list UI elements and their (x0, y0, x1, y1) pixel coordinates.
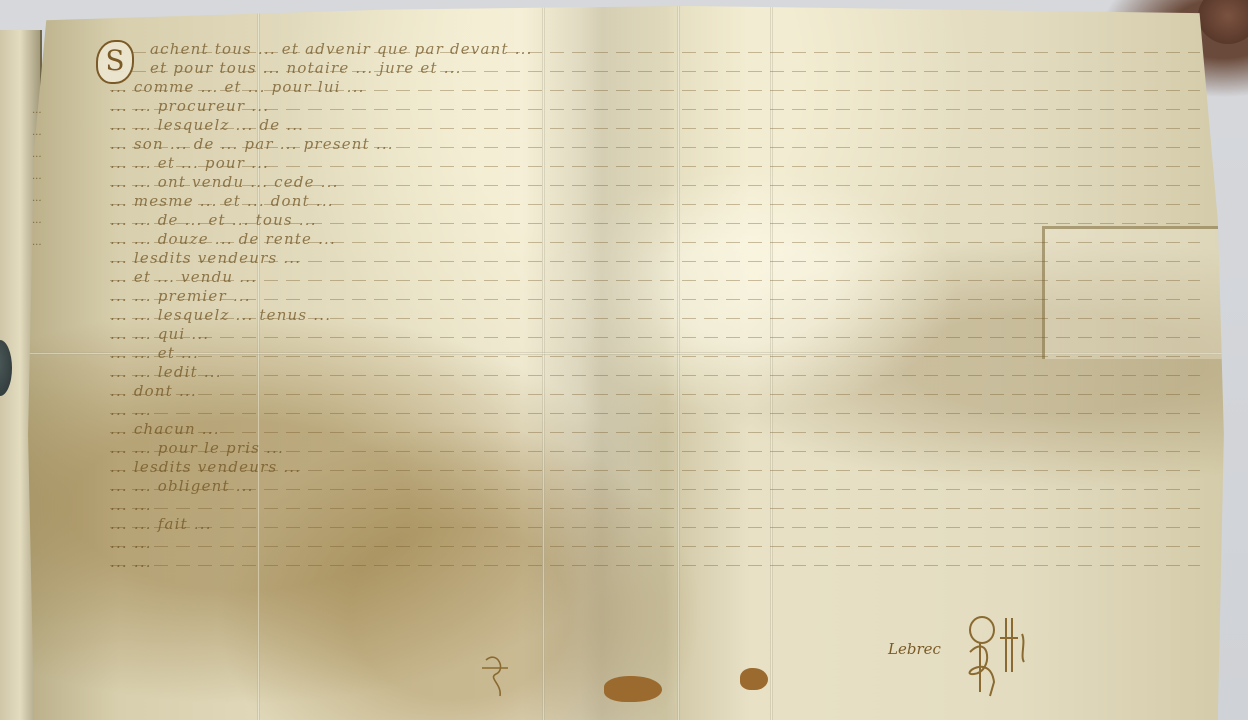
text-line: ... et ... vendu ... (110, 268, 1200, 287)
signature-name: Lebrec (888, 640, 941, 658)
text-line: et pour tous ... notaire ... jure et ... (110, 59, 1200, 78)
decorated-initial: S (96, 40, 134, 84)
text-line: ... ... (110, 401, 1200, 420)
text-line: achent tous ... et advenir que par devan… (110, 40, 1200, 59)
manuscript-text-block: achent tous ... et advenir que par devan… (110, 40, 1200, 640)
text-line: ... ... procureur ... (110, 97, 1200, 116)
text-line: ... ... obligent ... (110, 477, 1200, 496)
margin-note: ... (32, 144, 102, 166)
text-line: ... ... qui ... (110, 325, 1200, 344)
margin-notes: ... ... ... ... ... ... ... (32, 100, 102, 254)
notary-paraph-icon (960, 612, 1030, 702)
text-line: ... mesme ... et ... dont ... (110, 192, 1200, 211)
text-line: ... ... lesquelz ... de ... (110, 116, 1200, 135)
text-line: ... ... ont vendu ... cede ... (110, 173, 1200, 192)
text-line: ... ... (110, 496, 1200, 515)
text-line: ... ... douze ... de rente ... (110, 230, 1200, 249)
lower-notary-mark-icon (478, 650, 518, 700)
ink-stain (740, 668, 768, 690)
wax-seal (0, 340, 12, 396)
margin-note: ... (32, 188, 102, 210)
text-line: ... chacun ... (110, 420, 1200, 439)
margin-note: ... (32, 210, 102, 232)
text-line: ... lesdits vendeurs ... (110, 249, 1200, 268)
text-line: ... ... ledit ... (110, 363, 1200, 382)
text-line: ... ... premier ... (110, 287, 1200, 306)
text-line: ... ... pour le pris ... (110, 439, 1200, 458)
margin-note: ... (32, 122, 102, 144)
text-line: ... ... fait ... (110, 515, 1200, 534)
margin-note: ... (32, 100, 102, 122)
text-line: ... ... et ... pour ... (110, 154, 1200, 173)
ink-stain (604, 676, 662, 702)
text-line: ... ... (110, 553, 1200, 572)
text-line: ... lesdits vendeurs ... (110, 458, 1200, 477)
text-line: ... ... lesquelz ... tenus ... (110, 306, 1200, 325)
text-line: ... son ... de ... par ... present ... (110, 135, 1200, 154)
text-line: ... ... et ... (110, 344, 1200, 363)
text-line: ... ... (110, 534, 1200, 553)
text-line: ... comme ... et ... pour lui ... (110, 78, 1200, 97)
margin-note: ... (32, 232, 102, 254)
text-line: ... ... de ... et ... tous ... (110, 211, 1200, 230)
text-line: ... dont ... (110, 382, 1200, 401)
margin-note: ... (32, 166, 102, 188)
